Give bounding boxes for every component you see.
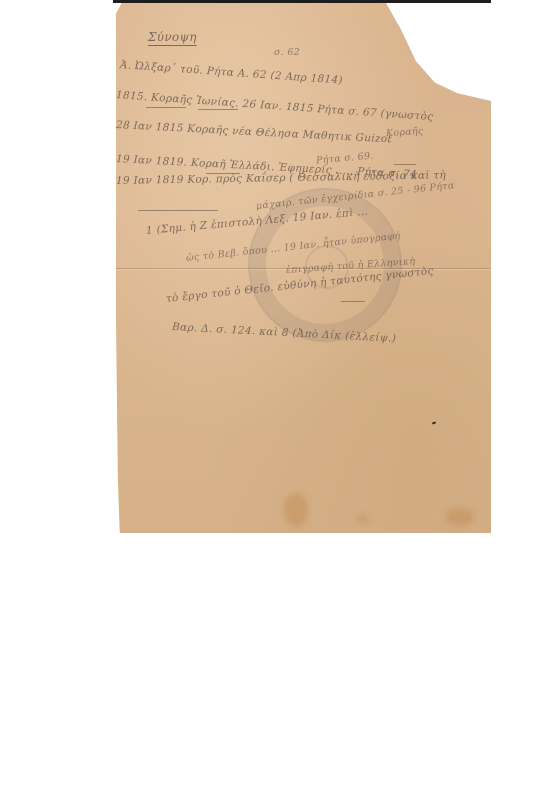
handwritten-line: 28 Ιαν 1815 Κοραῆς νέα Θέλησα Μαθητικ Gu… — [116, 119, 393, 145]
underline-mark — [341, 301, 365, 302]
handwritten-margin-note: σ. 62 — [274, 47, 300, 58]
paper-stain — [284, 493, 308, 527]
handwritten-line: Ἀ. Ὠλξαρ᾽ τοῦ. Ρήτα Α. 62 (2 Απρ 1814) — [120, 59, 344, 87]
underline-mark — [198, 109, 238, 110]
handwritten-line: 19 Ιαν 1819 Κορ. πρὸς Καΐσερ ( Θεσσαλικὴ… — [116, 169, 446, 187]
paper-stain — [358, 515, 368, 523]
underline-mark — [146, 107, 186, 108]
ink-spot — [432, 421, 436, 424]
manuscript-page: Σύνοψη σ. 62 Ἀ. Ὠλξαρ᾽ τοῦ. Ρήτα Α. 62 (… — [116, 3, 491, 533]
separator-rule — [138, 210, 218, 211]
paper-stain — [446, 508, 474, 526]
scan-top-edge-bar — [113, 0, 491, 3]
underline-mark — [394, 164, 416, 165]
document-heading: Σύνοψη — [148, 30, 197, 44]
